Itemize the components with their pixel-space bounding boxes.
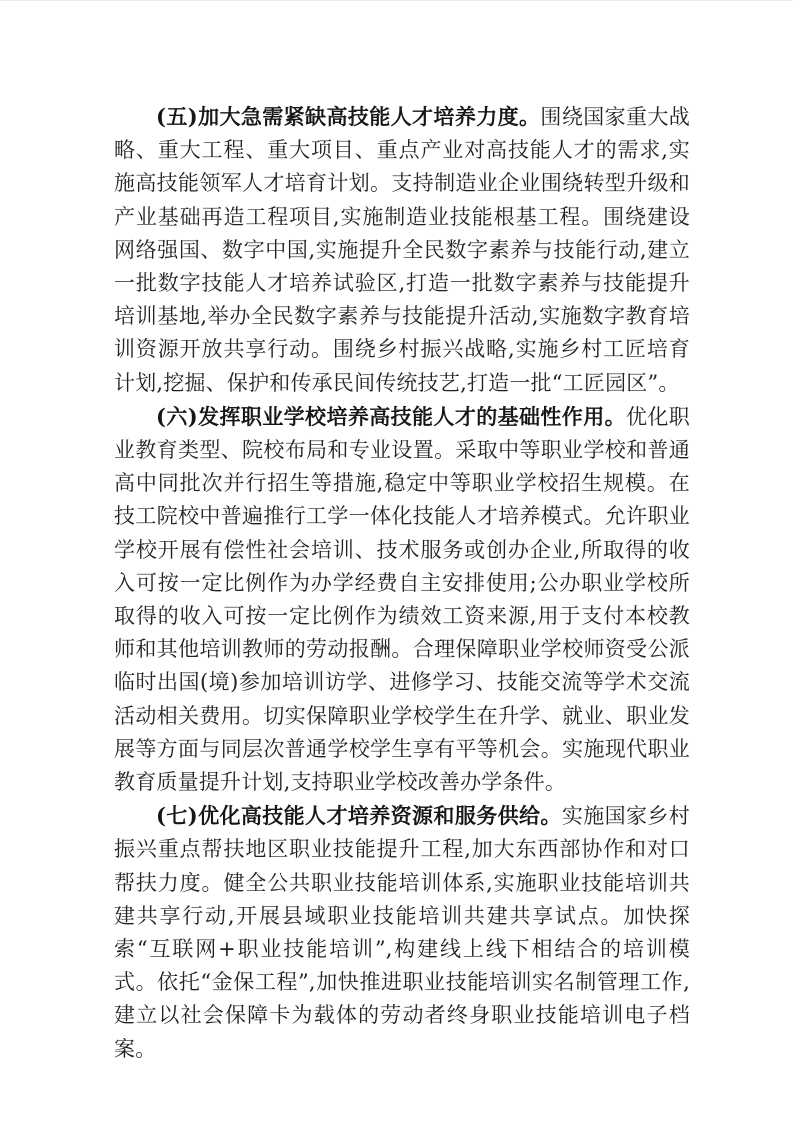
paragraph-5-body: 围绕国家重大战略、重大工程、重大项目、重点产业对高技能人才的需求,实施高技能领军…	[114, 105, 690, 395]
paragraph-item-7: (七)优化高技能人才培养资源和服务供给。实施国家乡村振兴重点帮扶地区职业技能提升…	[114, 799, 690, 1066]
paragraph-6-heading: (六)发挥职业学校培养高技能人才的基础性作用。	[156, 404, 626, 429]
paragraph-7-heading: (七)优化高技能人才培养资源和服务供给。	[156, 803, 562, 828]
paragraph-6-body: 优化职业教育类型、院校布局和专业设置。采取中等职业学校和普通高中同批次并行招生等…	[114, 405, 690, 794]
paragraph-5-heading: (五)加大急需紧缺高技能人才培养力度。	[156, 104, 540, 129]
document-content: (五)加大急需紧缺高技能人才培养力度。围绕国家重大战略、重大工程、重大项目、重点…	[114, 100, 690, 1066]
paragraph-7-body: 实施国家乡村振兴重点帮扶地区职业技能提升工程,加大东西部协作和对口帮扶力度。健全…	[114, 804, 690, 1060]
paragraph-item-5: (五)加大急需紧缺高技能人才培养力度。围绕国家重大战略、重大工程、重大项目、重点…	[114, 100, 690, 400]
document-page: (五)加大急需紧缺高技能人才培养力度。围绕国家重大战略、重大工程、重大项目、重点…	[0, 0, 793, 1122]
paragraph-item-6: (六)发挥职业学校培养高技能人才的基础性作用。优化职业教育类型、院校布局和专业设…	[114, 400, 690, 799]
